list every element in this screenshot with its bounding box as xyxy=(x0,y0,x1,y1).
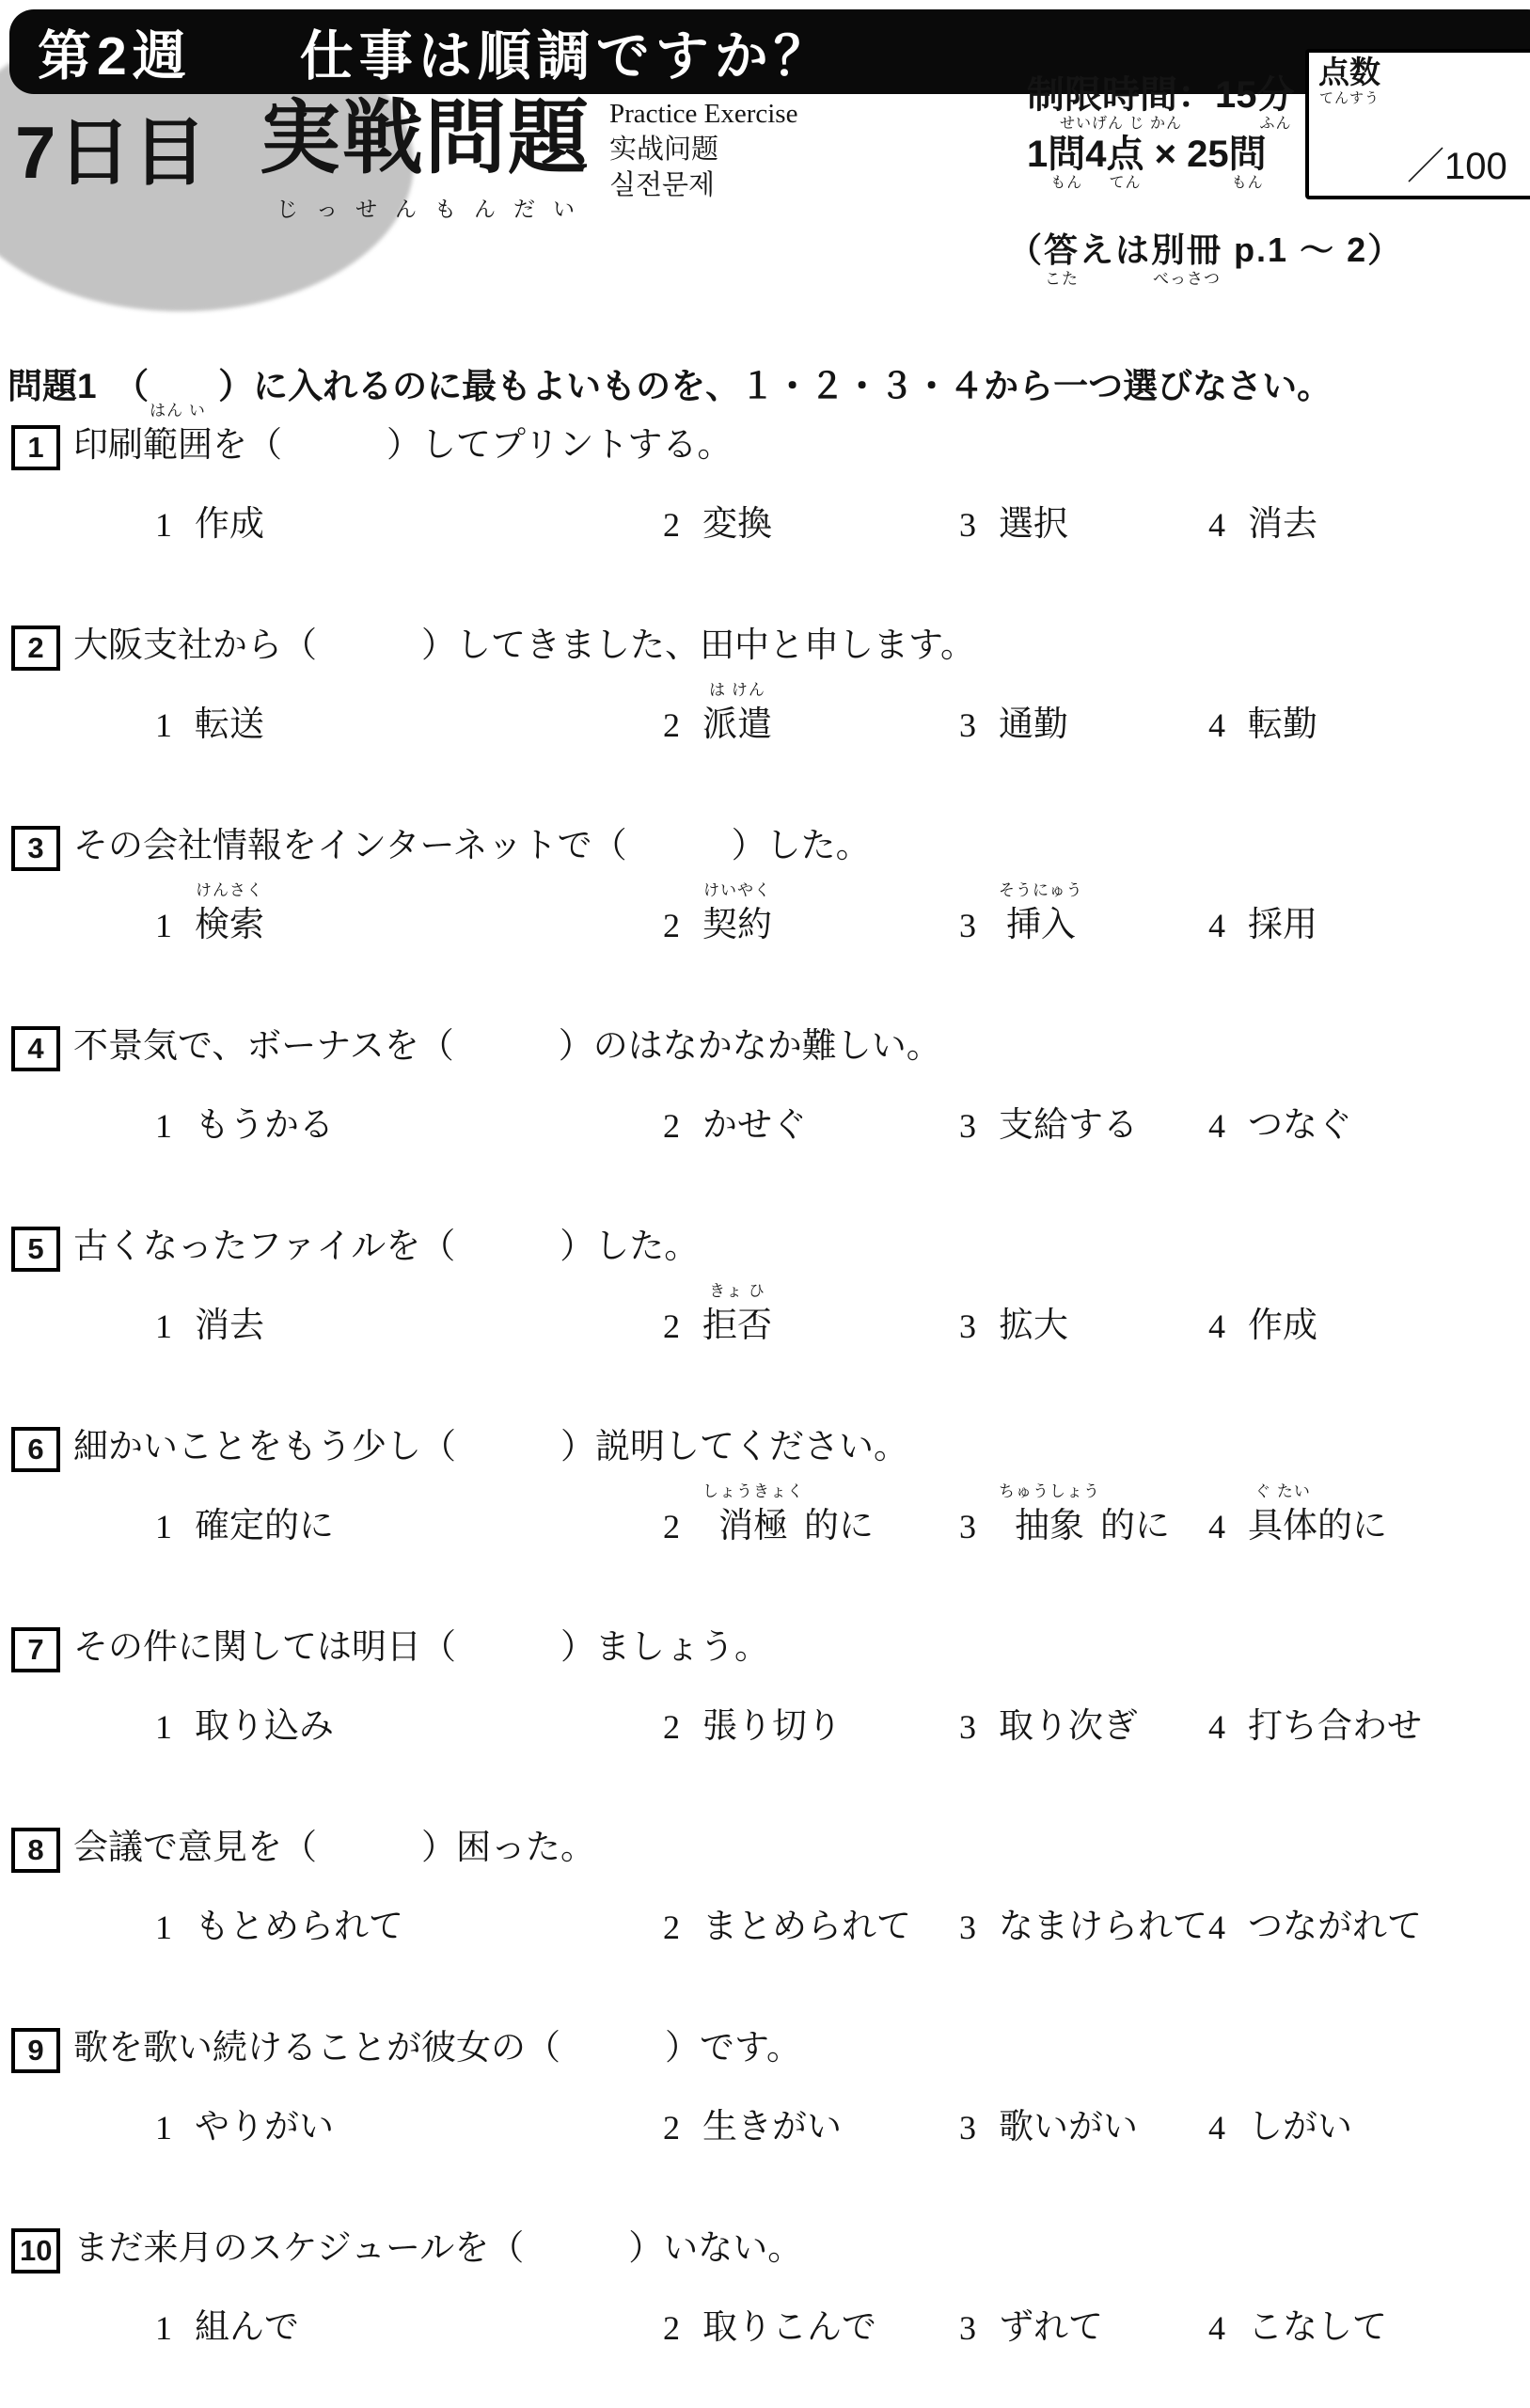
option-item: 4作成 xyxy=(1208,1283,1530,1349)
option-number: 2 xyxy=(663,2305,680,2351)
base-text: 制限時間： xyxy=(1027,75,1215,115)
option-word: なまけられて xyxy=(999,1884,1207,1950)
text-segment: 大阪支社から（ ）してきました、田中と申します。 xyxy=(73,603,975,669)
ruby-text-line: 消去 xyxy=(1248,482,1317,547)
option-item: 1けんさく検索 xyxy=(155,882,663,948)
option-word: 作成 xyxy=(1248,1283,1317,1349)
question-stem: その件に関しては明日（ ）ましょう。 xyxy=(73,1605,769,1671)
options-row: 1けんさく検索2けいやく契約3そうにゅう挿入4採用 xyxy=(0,882,1530,948)
option-number: 1 xyxy=(155,703,172,748)
day-label: 7日目 xyxy=(15,113,208,194)
option-item: 2生きがい xyxy=(663,2084,959,2150)
base-text: 別冊 xyxy=(1151,231,1222,269)
question-number-box: 8 xyxy=(11,1828,60,1873)
ruby-text-line: けんさく検索 xyxy=(195,882,264,948)
score-box: 点数てんすう ／100 xyxy=(1305,49,1530,199)
text-segment: を（ ）してプリントする。 xyxy=(213,403,732,468)
option-number: 4 xyxy=(1208,1704,1225,1750)
furigana: もん xyxy=(1232,176,1264,194)
base-text: 印刷 xyxy=(73,423,143,468)
option-item: 3拡大 xyxy=(959,1283,1208,1349)
ruby-text-line: 生きがい xyxy=(702,2084,842,2150)
option-word: つなぐ xyxy=(1248,1083,1352,1149)
furigana: ぐ たい xyxy=(1254,1483,1311,1504)
furigana: けいやく xyxy=(703,882,771,903)
options-row: 1もうかる2かせぐ3支給する4つなぐ xyxy=(0,1083,1530,1149)
problem-instruction: 問題1 （ ）に入れるのに最もよいものを、１・２・３・４から一つ選びなさい。 xyxy=(8,357,1332,408)
option-word: 転送 xyxy=(195,682,264,748)
text-segment: 歌いがい xyxy=(999,2084,1138,2150)
options-row: 1転送2は けん派遣3通勤4転勤 xyxy=(0,682,1530,748)
text-segment: しがい xyxy=(1248,2084,1352,2150)
question-block: 6細かいことをもう少し（ ）説明してください。1確定的に2しょうきょく消極的に3… xyxy=(0,1404,1530,1605)
furigana: べっさつ xyxy=(1153,271,1221,290)
option-number: 4 xyxy=(1208,1905,1225,1950)
option-word: 選択 xyxy=(999,482,1068,547)
text-segment: 不景気で、ボーナスを（ ）のはなかなか難しい。 xyxy=(73,1004,941,1069)
time-limit: 制限時間：せいげん じ かん15分ふん xyxy=(1027,75,1295,135)
text-segment: 拡大 xyxy=(999,1283,1068,1349)
ruby-text-line: まとめられて xyxy=(702,1884,911,1950)
base-text: 不景気で、ボーナスを（ ）のはなかなか難しい。 xyxy=(73,1024,941,1069)
option-number: 2 xyxy=(663,1704,680,1750)
text-segment: 打ち合わせ xyxy=(1248,1684,1422,1750)
text-segment: （ xyxy=(1008,231,1044,290)
text-segment: 取り込み xyxy=(195,1684,334,1750)
base-text: 歌いがい xyxy=(999,2105,1138,2150)
question-block: 8会議で意見を（ ）困った。1もとめられて2まとめられて3なまけられて4つながれ… xyxy=(0,1805,1530,2005)
base-text: 的に xyxy=(804,1504,874,1549)
option-item: 4転勤 xyxy=(1208,682,1530,748)
option-number: 1 xyxy=(155,1905,172,1950)
option-number: 3 xyxy=(959,1704,976,1750)
option-item: 2は けん派遣 xyxy=(663,682,959,748)
option-number: 4 xyxy=(1208,1304,1225,1349)
ruby-text-line: 取りこんで xyxy=(702,2285,876,2351)
ruby-text-line: ぐ たい具体的に xyxy=(1248,1483,1387,1549)
question-block: 1印刷はん い範囲を（ ）してプリントする。1作成2変換3選択4消去 xyxy=(0,403,1530,603)
base-text: 確定的に xyxy=(195,1504,334,1549)
page-title: 実戦問題 xyxy=(260,92,591,185)
furigana: てん xyxy=(1109,176,1141,194)
ruby-text-line: 消去 xyxy=(195,1283,264,1349)
base-text: 点数 xyxy=(1318,56,1380,89)
text-segment: 支給する xyxy=(999,1083,1138,1149)
text-segment: 消去 xyxy=(1248,482,1317,547)
ruby-text-line: 作成 xyxy=(195,482,264,547)
option-word: 拡大 xyxy=(999,1283,1068,1349)
answer-note: （答こたえは別冊べっさつ p.1 ～ 2） xyxy=(1008,231,1403,290)
text-segment: まだ来月のスケジュールを（ ）いない。 xyxy=(73,2206,802,2272)
base-text: えは xyxy=(1080,231,1151,269)
base-text: 挿入 xyxy=(1006,903,1076,948)
ruby-text-line: 拡大 xyxy=(999,1283,1068,1349)
test-info: 制限時間：せいげん じ かん15分ふん 1問もん4点てん × 25問もん xyxy=(1027,75,1295,194)
base-text: まとめられて xyxy=(702,1905,911,1950)
option-word: 通勤 xyxy=(999,682,1068,748)
ruby-text-line: 大阪支社から（ ）してきました、田中と申します。 xyxy=(73,603,975,669)
text-segment: ずれて xyxy=(999,2285,1103,2351)
base-text: 通勤 xyxy=(999,703,1068,748)
ruby-text-line: 点数てんすう xyxy=(1318,56,1380,108)
base-text: つなぐ xyxy=(1248,1103,1352,1149)
option-word: 消去 xyxy=(1248,482,1317,547)
text-segment: 転勤 xyxy=(1248,682,1317,748)
furigana: てんすう xyxy=(1319,91,1380,108)
text-segment: ちゅうしょう抽象 xyxy=(999,1483,1100,1549)
ruby-text-line: やりがい xyxy=(195,2084,334,2150)
option-item: 4採用 xyxy=(1208,882,1530,948)
text-segment: そうにゅう挿入 xyxy=(999,882,1083,948)
option-number: 3 xyxy=(959,703,976,748)
option-item: 4消去 xyxy=(1208,482,1530,547)
option-number: 1 xyxy=(155,1704,172,1750)
option-item: 4つなぐ xyxy=(1208,1083,1530,1149)
ruby-text-line: （答こたえは別冊べっさつ p.1 ～ 2） xyxy=(1008,231,1403,290)
furigana: けんさく xyxy=(196,882,263,903)
option-number: 1 xyxy=(155,2105,172,2150)
furigana: はん い xyxy=(150,403,206,423)
text-segment: つなぐ xyxy=(1248,1083,1352,1149)
text-segment: 古くなったファイルを（ ）した。 xyxy=(73,1204,699,1270)
text-segment: きょ ひ拒否 xyxy=(702,1283,772,1349)
text-segment: なまけられて xyxy=(999,1884,1207,1950)
question-number-box: 3 xyxy=(11,826,60,871)
option-number: 3 xyxy=(959,903,976,948)
option-item: 1消去 xyxy=(155,1283,663,1349)
option-number: 4 xyxy=(1208,1504,1225,1549)
base-text: 問 xyxy=(1048,135,1085,174)
text-segment: こなして xyxy=(1248,2285,1387,2351)
option-word: かせぐ xyxy=(702,1083,807,1149)
text-segment: その会社情報をインターネットで（ ）した。 xyxy=(73,803,871,869)
option-number: 1 xyxy=(155,1304,172,1349)
question-stem-row: 3その会社情報をインターネットで（ ）した。 xyxy=(0,803,1530,871)
text-segment: 取り次ぎ xyxy=(999,1684,1138,1750)
option-number: 3 xyxy=(959,1905,976,1950)
base-text: 消極 xyxy=(718,1504,788,1549)
text-segment: 別冊べっさつ xyxy=(1151,231,1222,290)
base-text: 取り込み xyxy=(195,1704,334,1750)
furigana: ふん xyxy=(1259,117,1291,135)
ruby-text-line: 選択 xyxy=(999,482,1068,547)
base-text: p.1 ～ 2） xyxy=(1222,231,1403,269)
base-text: 問 xyxy=(1229,135,1267,174)
base-text: 転送 xyxy=(195,703,264,748)
question-stem-row: 5古くなったファイルを（ ）した。 xyxy=(0,1204,1530,1272)
text-segment: 制限時間：せいげん じ かん xyxy=(1027,75,1215,135)
question-stem: 会議で意見を（ ）困った。 xyxy=(73,1805,595,1871)
text-segment: 印刷 xyxy=(73,403,143,468)
text-segment: まとめられて xyxy=(702,1884,911,1950)
question-stem: まだ来月のスケジュールを（ ）いない。 xyxy=(73,2206,802,2272)
text-segment: もうかる xyxy=(195,1083,334,1149)
text-segment: 点数てんすう xyxy=(1318,56,1380,108)
ruby-text-line: つながれて xyxy=(1248,1884,1422,1950)
ruby-text-line: 変換 xyxy=(702,482,772,547)
text-segment: えは xyxy=(1080,231,1151,290)
question-number-box: 4 xyxy=(11,1026,60,1071)
base-text: 古くなったファイルを（ ）した。 xyxy=(73,1225,699,1270)
base-text: 転勤 xyxy=(1248,703,1317,748)
option-number: 3 xyxy=(959,1504,976,1549)
text-segment: 張り切り xyxy=(702,1684,842,1750)
text-segment: 選択 xyxy=(999,482,1068,547)
option-word: しょうきょく消極的に xyxy=(702,1483,874,1549)
question-stem-row: 7その件に関しては明日（ ）ましょう。 xyxy=(0,1605,1530,1672)
ruby-text-line: 組んで xyxy=(195,2285,299,2351)
base-text: 作成 xyxy=(1248,1304,1317,1349)
base-text: 拡大 xyxy=(999,1304,1068,1349)
furigana: きょ ひ xyxy=(709,1283,765,1304)
ruby-text-line: 打ち合わせ xyxy=(1248,1684,1422,1750)
score-label: 点数てんすう xyxy=(1318,56,1380,108)
option-item: 2かせぐ xyxy=(663,1083,959,1149)
ruby-text-line: なまけられて xyxy=(999,1884,1207,1950)
ruby-text-line: けいやく契約 xyxy=(702,882,772,948)
question-stem-row: 1印刷はん い範囲を（ ）してプリントする。 xyxy=(0,403,1530,470)
ruby-text-line: 印刷はん い範囲を（ ）してプリントする。 xyxy=(73,403,732,468)
week-label: 第2週 xyxy=(38,13,192,90)
question-block: 3その会社情報をインターネットで（ ）した。1けんさく検索2けいやく契約3そうに… xyxy=(0,803,1530,1004)
subtitle-korean: 실전문제 xyxy=(609,167,797,203)
base-text: こなして xyxy=(1248,2305,1387,2351)
text-segment: 変換 xyxy=(702,482,772,547)
text-segment: 分ふん xyxy=(1257,75,1295,135)
text-segment: 通勤 xyxy=(999,682,1068,748)
option-word: ちゅうしょう抽象的に xyxy=(999,1483,1170,1549)
option-item: 4つながれて xyxy=(1208,1884,1530,1950)
options-row: 1もとめられて2まとめられて3なまけられて4つながれて xyxy=(0,1884,1530,1950)
question-stem-row: 2大阪支社から（ ）してきました、田中と申します。 xyxy=(0,603,1530,671)
question-number-box: 9 xyxy=(11,2028,60,2073)
option-number: 2 xyxy=(663,502,680,547)
option-word: 採用 xyxy=(1248,882,1317,948)
option-item: 1確定的に xyxy=(155,1483,663,1549)
furigana: は けん xyxy=(709,682,765,703)
week-banner-title: 仕事は順調ですか？ xyxy=(300,13,833,90)
option-number: 2 xyxy=(663,1304,680,1349)
text-segment: 点てん xyxy=(1107,135,1144,194)
ruby-text-line: かせぐ xyxy=(702,1083,807,1149)
base-text: かせぐ xyxy=(702,1103,807,1149)
base-text: 歌を歌い続けることが彼女の（ ）です。 xyxy=(73,2026,801,2071)
option-item: 3なまけられて xyxy=(959,1884,1208,1950)
furigana: そうにゅう xyxy=(999,882,1083,903)
furigana: しょうきょく xyxy=(702,1483,804,1504)
score-value: ／100 xyxy=(1407,136,1507,190)
question-stem-row: 10まだ来月のスケジュールを（ ）いない。 xyxy=(0,2206,1530,2273)
text-segment: やりがい xyxy=(195,2084,334,2150)
options-row: 1作成2変換3選択4消去 xyxy=(0,482,1530,547)
option-number: 3 xyxy=(959,1304,976,1349)
option-number: 2 xyxy=(663,1103,680,1149)
text-segment: 4 xyxy=(1085,135,1106,194)
base-text: 組んで xyxy=(195,2305,299,2351)
base-text: 範囲 xyxy=(143,423,213,468)
option-word: 張り切り xyxy=(702,1684,842,1750)
ruby-text-line: もとめられて xyxy=(195,1884,403,1950)
base-text: 具体 xyxy=(1248,1504,1317,1549)
option-word: 作成 xyxy=(195,482,264,547)
furigana: ちゅうしょう xyxy=(999,1483,1100,1504)
ruby-text-line: 取り次ぎ xyxy=(999,1684,1138,1750)
question-stem-row: 8会議で意見を（ ）困った。 xyxy=(0,1805,1530,1873)
question-number-box: 1 xyxy=(11,425,60,470)
option-number: 4 xyxy=(1208,1103,1225,1149)
option-number: 3 xyxy=(959,2105,976,2150)
base-text: 消去 xyxy=(1248,502,1317,547)
question-stem-row: 9歌を歌い続けることが彼女の（ ）です。 xyxy=(0,2005,1530,2073)
ruby-text-line: ちゅうしょう抽象的に xyxy=(999,1483,1170,1549)
base-text: 細かいことをもう少し（ ）説明してください。 xyxy=(73,1425,908,1470)
text-segment: 生きがい xyxy=(702,2084,842,2150)
option-word: は けん派遣 xyxy=(702,682,772,748)
base-text: もとめられて xyxy=(195,1905,403,1950)
options-row: 1取り込み2張り切り3取り次ぎ4打ち合わせ xyxy=(0,1684,1530,1750)
ruby-text-line: その会社情報をインターネットで（ ）した。 xyxy=(73,803,871,869)
option-word: 取り次ぎ xyxy=(999,1684,1138,1750)
option-word: 変換 xyxy=(702,482,772,547)
base-text: 選択 xyxy=(999,502,1068,547)
option-item: 4ぐ たい具体的に xyxy=(1208,1483,1530,1549)
base-text: 採用 xyxy=(1248,903,1317,948)
base-text: なまけられて xyxy=(999,1905,1207,1950)
option-item: 1転送 xyxy=(155,682,663,748)
option-item: 1やりがい xyxy=(155,2084,663,2150)
option-word: 組んで xyxy=(195,2285,299,2351)
base-text: つながれて xyxy=(1248,1905,1422,1950)
title-translations: Practice Exercise 实战问题 실전문제 xyxy=(609,96,797,203)
ruby-text-line: そうにゅう挿入 xyxy=(999,882,1083,948)
base-text: 支給する xyxy=(999,1103,1138,1149)
base-text: 張り切り xyxy=(702,1704,842,1750)
ruby-text-line: 細かいことをもう少し（ ）説明してください。 xyxy=(73,1404,908,1470)
question-block: 5古くなったファイルを（ ）した。1消去2きょ ひ拒否3拡大4作成 xyxy=(0,1204,1530,1404)
question-stem: 細かいことをもう少し（ ）説明してください。 xyxy=(73,1404,908,1470)
option-number: 3 xyxy=(959,2305,976,2351)
question-stem-row: 6細かいことをもう少し（ ）説明してください。 xyxy=(0,1404,1530,1472)
option-item: 2きょ ひ拒否 xyxy=(663,1283,959,1349)
base-text: 変換 xyxy=(702,502,772,547)
text-segment: つながれて xyxy=(1248,1884,1422,1950)
ruby-text-line: もうかる xyxy=(195,1083,334,1149)
furigana: もん xyxy=(1050,176,1082,194)
option-word: 転勤 xyxy=(1248,682,1317,748)
text-segment: 1 xyxy=(1027,135,1048,194)
base-text: 1 xyxy=(1027,135,1048,174)
option-number: 3 xyxy=(959,1103,976,1149)
base-text: もうかる xyxy=(195,1103,334,1149)
text-segment: 的に xyxy=(1100,1483,1170,1549)
option-item: 2変換 xyxy=(663,482,959,547)
ruby-text-line: その件に関しては明日（ ）ましょう。 xyxy=(73,1605,769,1671)
text-segment: 的に xyxy=(1317,1483,1387,1549)
base-text: 取りこんで xyxy=(702,2305,876,2351)
text-segment: ぐ たい具体 xyxy=(1248,1483,1317,1549)
question-number-box: 6 xyxy=(11,1427,60,1472)
base-text: 4 xyxy=(1085,135,1106,174)
week-banner: 第2週 仕事は順調ですか？ xyxy=(9,9,1530,94)
ruby-text-line: 支給する xyxy=(999,1083,1138,1149)
option-item: 3選択 xyxy=(959,482,1208,547)
base-text: 15 xyxy=(1215,75,1257,115)
question-number-box: 10 xyxy=(11,2228,60,2273)
furigana: こた xyxy=(1045,271,1079,290)
text-segment: 的に xyxy=(804,1483,874,1549)
ruby-text-line: きょ ひ拒否 xyxy=(702,1283,772,1349)
option-word: 歌いがい xyxy=(999,2084,1138,2150)
base-text: 生きがい xyxy=(702,2105,842,2150)
text-segment: 歌を歌い続けることが彼女の（ ）です。 xyxy=(73,2005,801,2071)
furigana: せいげん じ かん xyxy=(1060,117,1182,135)
ruby-text-line: は けん派遣 xyxy=(702,682,772,748)
option-word: もうかる xyxy=(195,1083,334,1149)
base-text: しがい xyxy=(1248,2105,1352,2150)
question-block: 10まだ来月のスケジュールを（ ）いない。1組んで2取りこんで3ずれて4こなして xyxy=(0,2206,1530,2406)
base-text: 消去 xyxy=(195,1304,264,1349)
ruby-text-line: 不景気で、ボーナスを（ ）のはなかなか難しい。 xyxy=(73,1004,941,1069)
points-per-question: 1問もん4点てん × 25問もん xyxy=(1027,135,1295,194)
option-number: 4 xyxy=(1208,703,1225,748)
ruby-text-line: 歌を歌い続けることが彼女の（ ）です。 xyxy=(73,2005,801,2071)
text-segment: 作成 xyxy=(195,482,264,547)
text-segment: かせぐ xyxy=(702,1083,807,1149)
text-segment: 組んで xyxy=(195,2285,299,2351)
option-word: 打ち合わせ xyxy=(1248,1684,1422,1750)
option-number: 1 xyxy=(155,1504,172,1549)
base-text: 点 xyxy=(1107,135,1144,174)
base-text: ずれて xyxy=(999,2305,1103,2351)
options-row: 1確定的に2しょうきょく消極的に3ちゅうしょう抽象的に4ぐ たい具体的に xyxy=(0,1483,1530,1549)
option-word: 消去 xyxy=(195,1283,264,1349)
text-segment: その件に関しては明日（ ）ましょう。 xyxy=(73,1605,769,1671)
option-word: つながれて xyxy=(1248,1884,1422,1950)
text-segment: けいやく契約 xyxy=(702,882,772,948)
base-text: 抽象 xyxy=(1015,1504,1084,1549)
option-word: 取りこんで xyxy=(702,2285,876,2351)
option-number: 2 xyxy=(663,1905,680,1950)
option-word: ずれて xyxy=(999,2285,1103,2351)
option-number: 2 xyxy=(663,903,680,948)
option-number: 2 xyxy=(663,703,680,748)
ruby-text-line: ずれて xyxy=(999,2285,1103,2351)
base-text: まだ来月のスケジュールを（ ）いない。 xyxy=(73,2226,802,2272)
option-word: きょ ひ拒否 xyxy=(702,1283,772,1349)
option-item: 2しょうきょく消極的に xyxy=(663,1483,959,1549)
option-item: 1もうかる xyxy=(155,1083,663,1149)
option-item: 3ずれて xyxy=(959,2285,1208,2351)
option-item: 3支給する xyxy=(959,1083,1208,1149)
option-item: 1組んで xyxy=(155,2285,663,2351)
base-text: 会議で意見を（ ）困った。 xyxy=(73,1826,595,1871)
option-number: 2 xyxy=(663,2105,680,2150)
base-text: 拒否 xyxy=(702,1304,772,1349)
option-word: 支給する xyxy=(999,1083,1138,1149)
option-number: 4 xyxy=(1208,2305,1225,2351)
question-number-box: 5 xyxy=(11,1227,60,1272)
base-text: 派遣 xyxy=(702,703,772,748)
text-segment: けんさく検索 xyxy=(195,882,264,948)
base-text: 打ち合わせ xyxy=(1248,1704,1422,1750)
option-word: しがい xyxy=(1248,2084,1352,2150)
option-word: こなして xyxy=(1248,2285,1387,2351)
text-segment: 会議で意見を（ ）困った。 xyxy=(73,1805,595,1871)
option-word: 取り込み xyxy=(195,1684,334,1750)
ruby-text-line: 通勤 xyxy=(999,682,1068,748)
question-block: 7その件に関しては明日（ ）ましょう。1取り込み2張り切り3取り次ぎ4打ち合わせ xyxy=(0,1605,1530,1805)
text-segment: 転送 xyxy=(195,682,264,748)
